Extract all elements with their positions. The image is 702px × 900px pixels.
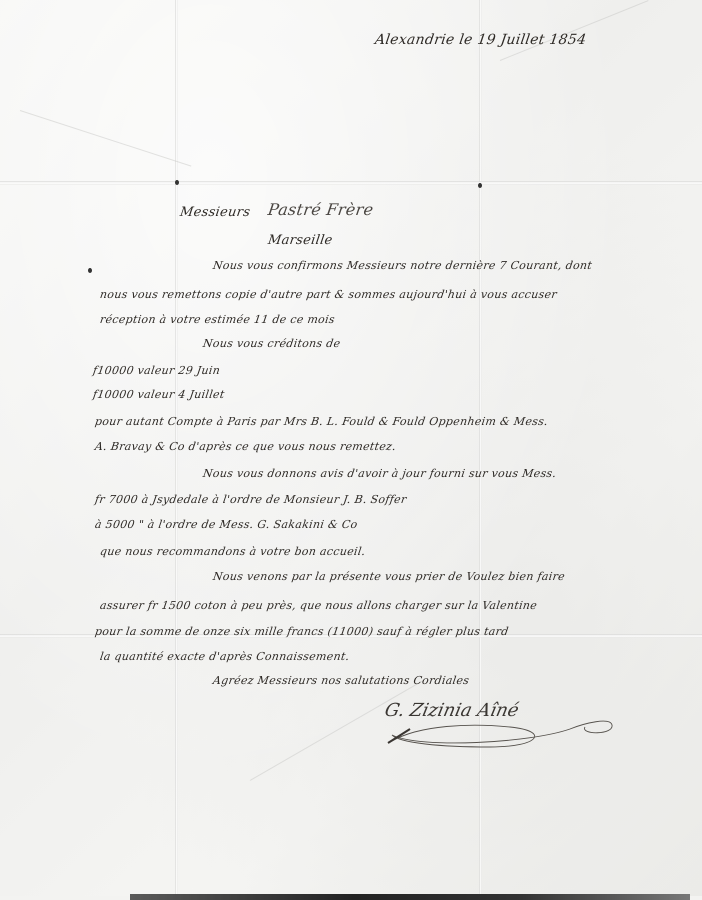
body-line: Nous venons par la présente vous prier d… [212, 570, 566, 583]
salutation-place: Marseille [267, 233, 334, 248]
signature-flourish [380, 705, 620, 750]
horizontal-fold-upper [0, 181, 702, 185]
body-line: Nous vous donnons avis d'avoir à jour fo… [202, 467, 557, 480]
body-line: à 5000 " à l'ordre de Mess. G. Sakakini … [94, 518, 358, 531]
body-line: la quantité exacte d'après Connaissement… [99, 650, 350, 663]
body-line: réception à votre estimée 11 de ce mois [99, 313, 336, 326]
salutation-recipient: Pastré Frère [267, 200, 375, 219]
body-line: f10000 valeur 4 Juillet [92, 388, 225, 401]
body-line: f10000 valeur 29 Juin [92, 364, 221, 377]
body-line: que nous recommandons à votre bon accuei… [99, 545, 366, 558]
paper-bottom-edge [130, 894, 690, 900]
body-line: fr 7000 à Jsydedale à l'ordre de Monsieu… [94, 493, 407, 506]
ink-speck [175, 180, 179, 185]
body-line: Nous vous créditons de [202, 337, 341, 350]
body-line: pour la somme de onze six mille francs (… [94, 625, 509, 638]
body-line: nous vous remettons copie d'autre part &… [99, 288, 558, 301]
body-line: assurer fr 1500 coton à peu près, que no… [99, 599, 538, 612]
ink-speck [478, 183, 482, 188]
body-line: Nous vous confirmons Messieurs notre der… [212, 259, 593, 272]
body-line: pour autant Compte à Paris par Mrs B. L.… [94, 415, 549, 428]
dateline: Alexandrie le 19 Juillet 1854 [374, 32, 587, 48]
salutation-title: Messieurs [179, 205, 251, 220]
body-line: A. Bravay & Co d'après ce que vous nous … [94, 440, 397, 453]
closing-line: Agréez Messieurs nos salutations Cordial… [212, 674, 470, 687]
ink-speck [88, 268, 92, 273]
vertical-fold-right [479, 0, 482, 896]
